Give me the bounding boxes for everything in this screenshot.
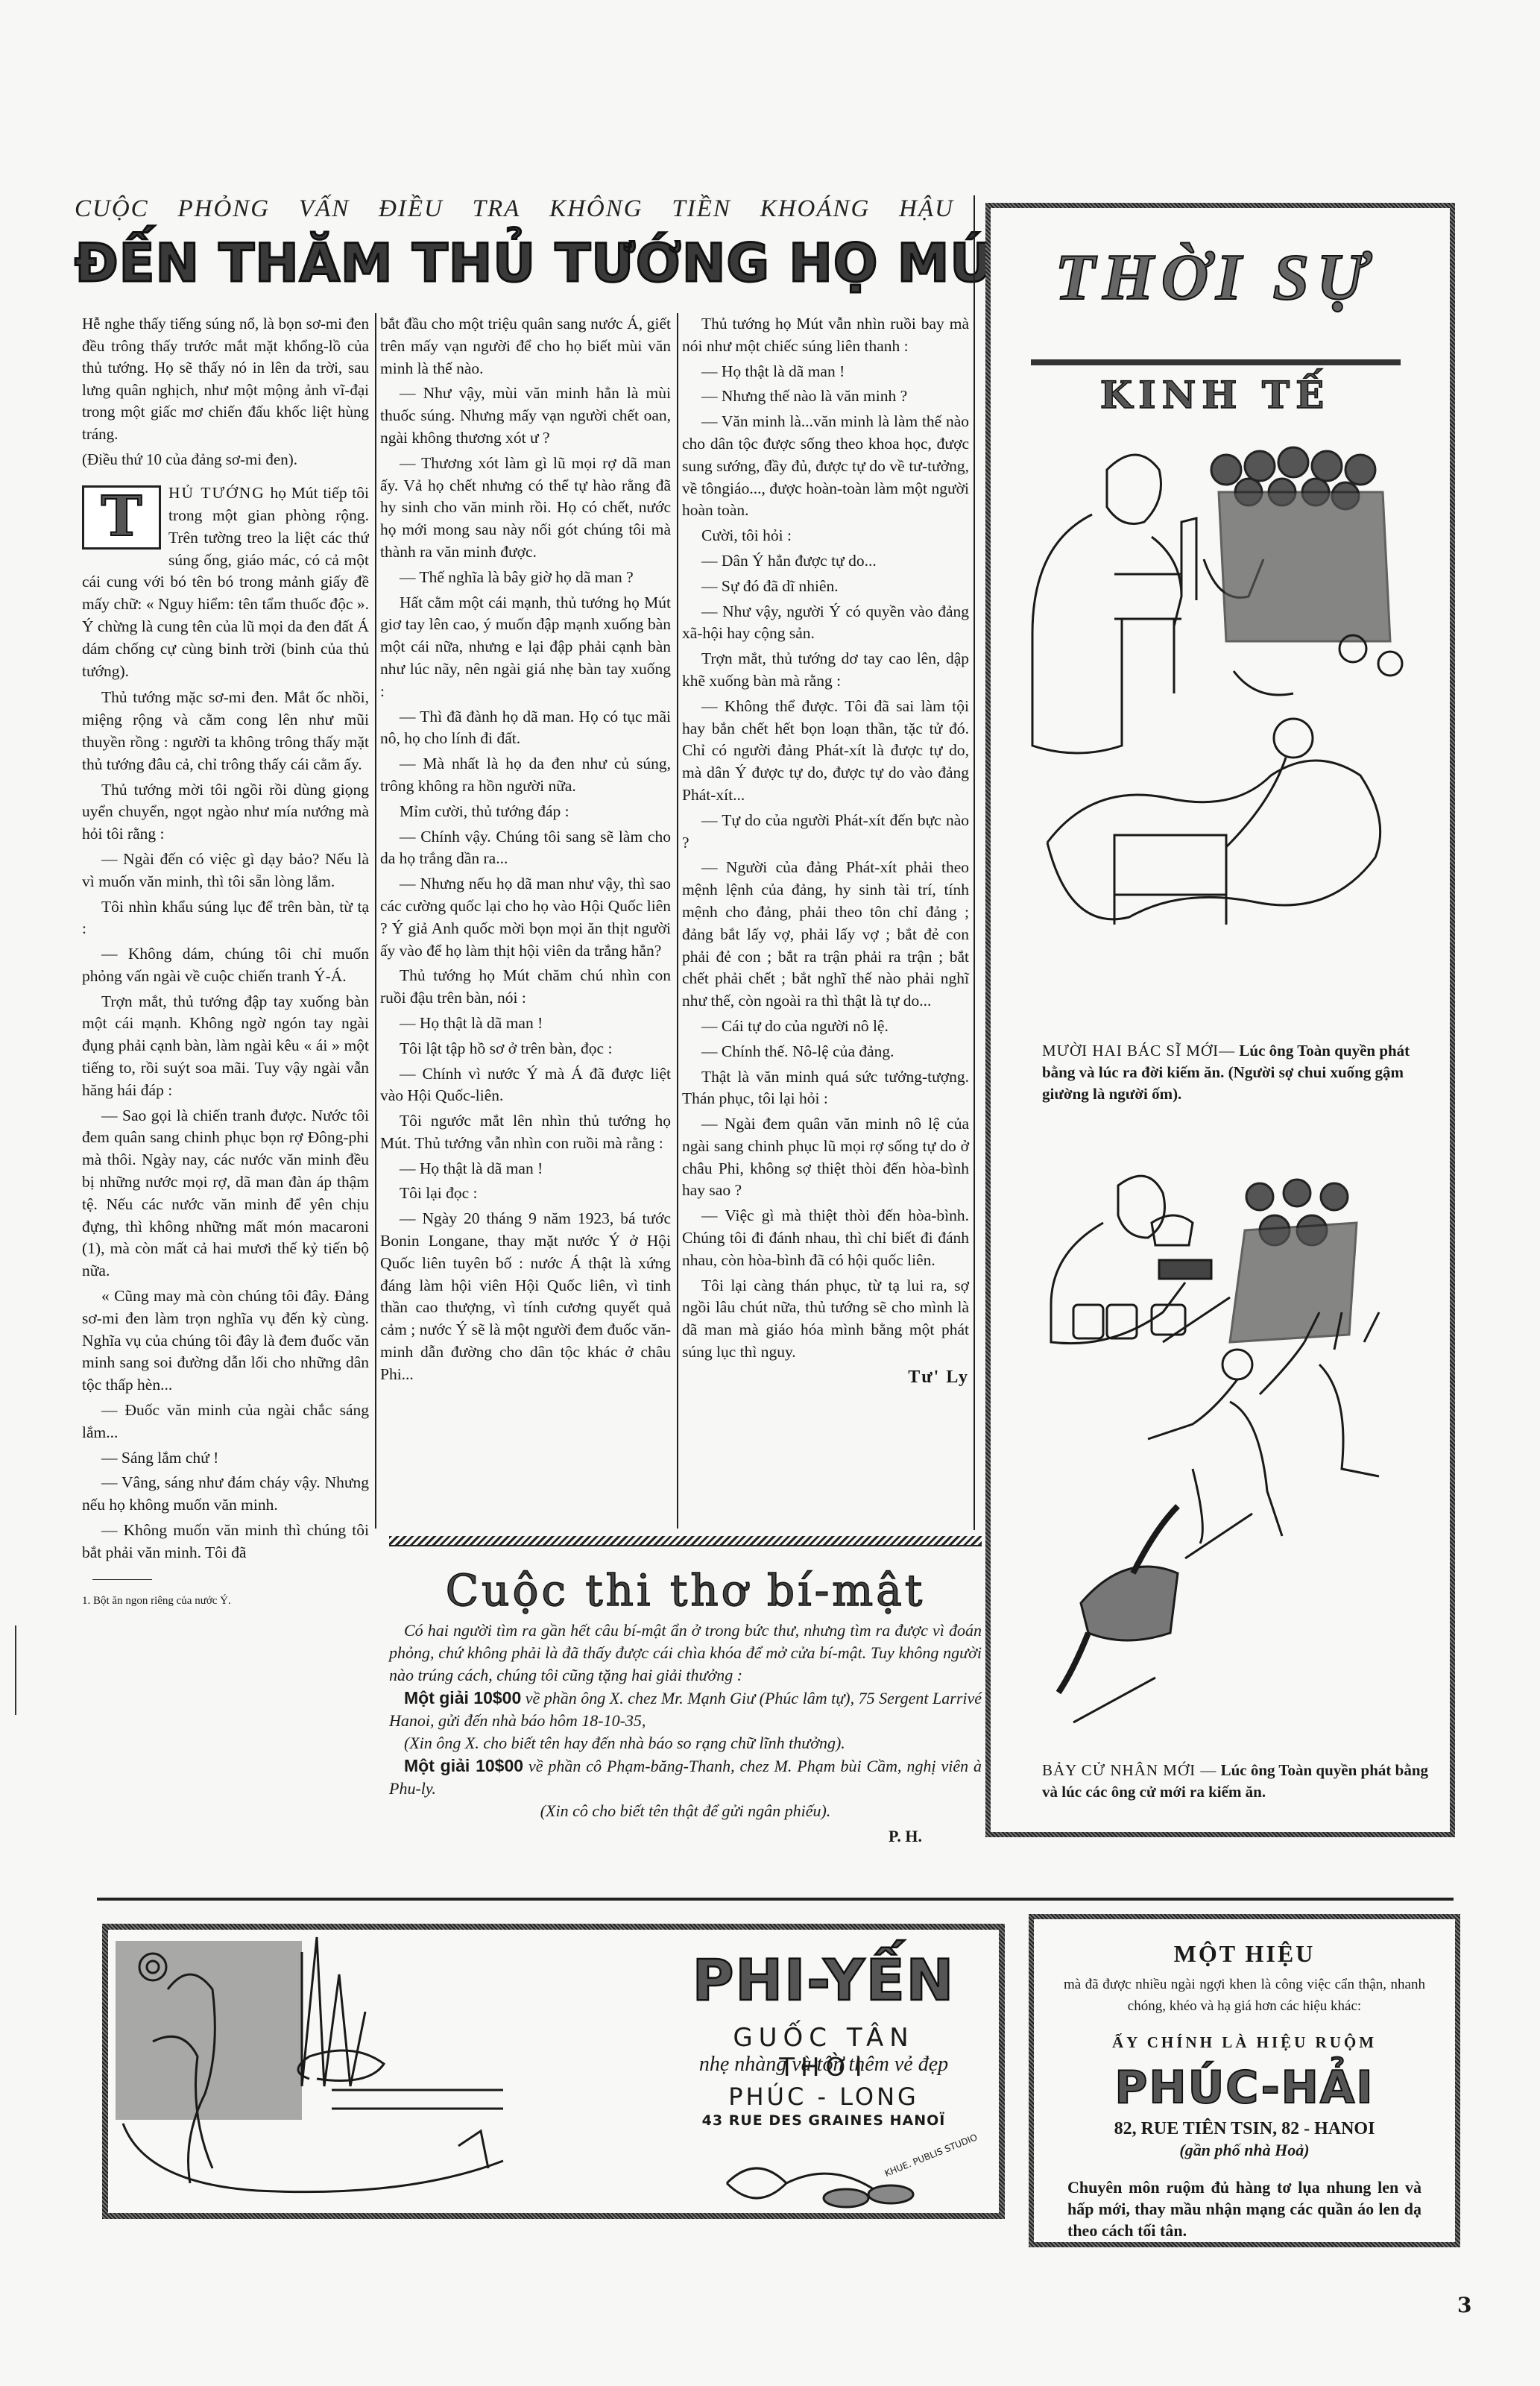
cartoon-doctors-icon [1003, 425, 1435, 1022]
article-column-3: Thủ tướng họ Mút vẫn nhìn ruồi bay mà nó… [682, 313, 969, 1392]
page-number: 3 [1457, 2293, 1471, 2317]
footnote-divider [92, 1579, 152, 1580]
paragraph: Thủ tướng mời tôi ngồi rồi dùng giọng uy… [82, 779, 369, 846]
footnote: 1. Bột ăn ngon riêng của nước Ý. [82, 1590, 369, 1613]
kicker-word: VẤN [299, 195, 350, 223]
article-column-2: bắt đầu cho một triệu quân sang nước Á, … [380, 313, 671, 1389]
ad-phuc-hai-heading: MỘT HIỆU [1034, 1940, 1455, 1968]
paragraph: — Không thể được. Tôi đã sai làm tội hay… [682, 696, 969, 807]
lead-paragraph: T HỦ TƯỚNG họ Mút tiếp tôi trong một gia… [82, 482, 369, 682]
cartoon-graduates [1006, 1156, 1439, 1745]
paragraph: — Thế nghĩa là bây giờ họ dã man ? [380, 567, 671, 589]
paragraph: — Không dám, chúng tôi chỉ muốn phỏng vấ… [82, 943, 369, 988]
ad-phi-yen-illustration-icon [108, 1930, 675, 2202]
caption-doctors: MƯỜI HAI BÁC SĨ MỚI— Lúc ông Toàn quyền … [1042, 1040, 1430, 1105]
paragraph: — Như vậy, người Ý có quyền vào đảng xã-… [682, 601, 969, 646]
paragraph: — Sự đó đã dĩ nhiên. [682, 576, 969, 598]
zigzag-divider [389, 1536, 982, 1546]
kicker-word: CUỘC [75, 195, 149, 223]
prize-1-note: (Xin ông X. cho biết tên hay đến nhà báo… [389, 1732, 982, 1754]
paragraph: — Cái tự do của người nô lệ. [682, 1016, 969, 1038]
kicker-word: PHỎNG [177, 195, 270, 223]
column-divider [973, 195, 975, 1530]
article-signature: Tư' Ly [682, 1367, 969, 1389]
paragraph: — Chính vì nước Ý mà Á đã được liệt vào … [380, 1063, 671, 1108]
article-headline: ĐẾN THĂM THỦ TƯỚNG HỌ MÚT [75, 237, 954, 289]
swallow-flower-icon [697, 2153, 980, 2213]
paragraph: — Nhưng thế nào là văn minh ? [682, 385, 969, 408]
kicker-word: KHOÁNG [760, 195, 871, 223]
section-divider [97, 1898, 1454, 1901]
kicker-word: ĐIỀU [379, 195, 444, 223]
paragraph: Trợn mắt, thủ tướng đập tay xuống bàn mộ… [82, 991, 369, 1102]
ad-phi-yen-address: 43 RUE DES GRAINES HANOÏ [689, 2112, 958, 2129]
paragraph: — Người của đảng Phát-xít phải theo mệnh… [682, 857, 969, 1013]
kicker-word: HẬU [899, 195, 954, 223]
paragraph: — Chính vậy. Chúng tôi sang sẽ làm cho d… [380, 826, 671, 871]
prize-2-note: (Xin cô cho biết tên thật để gửi ngân ph… [389, 1800, 982, 1822]
paragraph: Cười, tôi hỏi : [682, 525, 969, 547]
paragraph: — Việc gì mà thiệt thòi đến hòa-bình. Ch… [682, 1205, 969, 1271]
epigraph: Hễ nghe thấy tiếng súng nổ, là bọn sơ-mi… [82, 313, 369, 446]
paragraph: — Như vậy, mùi văn minh hẳn là mùi thuốc… [380, 383, 671, 449]
paragraph: — Ngài đem quân văn minh nô lệ của ngài … [682, 1113, 969, 1202]
paragraph: Tôi nhìn khẩu súng lục để trên bàn, từ t… [82, 896, 369, 941]
paragraph: — Đuốc văn minh của ngài chắc sáng lắm..… [82, 1400, 369, 1444]
paragraph: — Sáng lắm chứ ! [82, 1447, 369, 1470]
column-divider [375, 313, 376, 1529]
paragraph: Thủ tướng mặc sơ-mi đen. Mắt ốc nhồi, mi… [82, 687, 369, 775]
article-kicker: CUỘC PHỎNG VẤN ĐIỀU TRA KHÔNG TIỀN KHOÁN… [75, 195, 954, 223]
ad-phi-yen-brand: PHI-YẾN [675, 1952, 973, 2009]
ad-phuc-hai-tagline: ẤY CHÍNH LÀ HIỆU RUỘM [1034, 2033, 1455, 2052]
paragraph: bắt đầu cho một triệu quân sang nước Á, … [380, 313, 671, 380]
kicker-word: TRA [473, 195, 521, 223]
ad-phuc-hai-brand: PHÚC-HẢI [1034, 2065, 1455, 2110]
paragraph: — Văn minh là...văn minh là làm thế nào … [682, 411, 969, 522]
kicker-word: KHÔNG [549, 195, 643, 223]
paragraph: — Tự do của người Phát-xít đến bực nào ? [682, 810, 969, 854]
paragraph: Thật là văn minh quá sức tưởng-tượng. Th… [682, 1066, 969, 1111]
paragraph: Mỉm cười, thủ tướng đáp : [380, 801, 671, 823]
margin-mark [15, 1625, 16, 1715]
paragraph: Hất cằm một cái mạnh, thủ tướng họ Mút g… [380, 592, 671, 703]
paragraph: — Dân Ý hẳn được tự do... [682, 550, 969, 573]
paragraph: — Họ thật là dã man ! [682, 361, 969, 383]
paragraph: Trợn mắt, thủ tướng dơ tay cao lên, dập … [682, 648, 969, 693]
paragraph: « Cũng may mà còn chúng tôi đây. Đảng sơ… [82, 1285, 369, 1397]
contest-signature: P. H. [389, 1825, 922, 1848]
paragraph: — Không muốn văn minh thì chúng tôi bắt … [82, 1520, 369, 1564]
paragraph: Tôi ngước mắt lên nhìn thủ tướng họ Mút.… [380, 1110, 671, 1155]
paragraph: Thủ tướng họ Mút chăm chú nhìn con ruồi … [380, 965, 671, 1010]
title-rule [1031, 359, 1401, 365]
ad-phuc-hai-intro: mà đã được nhiều ngài ngợi khen là công … [1064, 1974, 1425, 2017]
paragraph: Tôi lại đọc : [380, 1183, 671, 1205]
ad-phi-yen-shop: PHÚC - LONG [689, 2083, 958, 2111]
ad-phuc-hai-specialty: Chuyên môn ruộm đủ hàng tơ lụa nhung len… [1067, 2176, 1421, 2241]
poetry-contest: Cuộc thi thơ bí-mật Có hai người tìm ra … [389, 1552, 982, 1848]
prize-1-label: Một giải 10$00 [404, 1688, 521, 1707]
ad-phi-yen-slogan: nhẹ nhàng và tôn thêm vẻ đẹp [675, 2053, 973, 2077]
paragraph: — Nhưng nếu họ dã man như vậy, thì sao c… [380, 873, 671, 962]
paragraph: — Họ thật là dã man ! [380, 1158, 671, 1180]
dropcap-letter: T [82, 485, 161, 550]
paragraph: — Sao gọi là chiến tranh được. Nước tôi … [82, 1105, 369, 1282]
ad-phi-yen: PHI-YẾN GUỐC TÂN THỜI nhẹ nhàng và tôn t… [102, 1924, 1005, 2219]
paragraph: — Ngài đến có việc gì dạy bảo? Nếu là vì… [82, 849, 369, 893]
ad-phuc-hai-address: 82, RUE TIÊN TSIN, 82 - HANOI [1034, 2119, 1455, 2139]
cartoon-graduates-icon [1006, 1156, 1439, 1745]
prize-2: Một giải 10$00 về phần cô Phạm-băng-Than… [389, 1754, 982, 1800]
paragraph: — Ngày 20 tháng 9 năm 1923, bá tước Boni… [380, 1208, 671, 1385]
caption-graduates-lead: BẢY CỬ NHÂN MỚI — [1042, 1761, 1216, 1779]
paragraph: — Họ thật là dã man ! [380, 1013, 671, 1035]
paragraph: Tôi lại càng thán phục, từ tạ lui ra, sợ… [682, 1275, 969, 1364]
paragraph: Thủ tướng họ Mút vẫn nhìn ruồi bay mà nó… [682, 313, 969, 358]
paragraph: — Vâng, sáng như đám cháy vậy. Nhưng nếu… [82, 1472, 369, 1517]
cartoon-doctors [1003, 425, 1435, 1022]
lead-smallcaps: HỦ TƯỚNG [168, 484, 265, 502]
paragraph: — Mà nhất là họ da đen như củ súng, trôn… [380, 753, 671, 798]
thoi-su-title: THỜI SỰ [1029, 240, 1401, 315]
paragraph: — Thì đã đành họ dã man. Họ có tục mãi n… [380, 706, 671, 751]
caption-graduates: BẢY CỬ NHÂN MỚI — Lúc ông Toàn quyền phá… [1042, 1760, 1430, 1803]
ad-phuc-hai-landmark: (gần phố nhà Hoả) [1034, 2141, 1455, 2160]
ad-phuc-hai: MỘT HIỆU mà đã được nhiều ngài ngợi khen… [1029, 1914, 1460, 2247]
paragraph: Tôi lật tập hồ sơ ở trên bàn, đọc : [380, 1038, 671, 1060]
column-divider [677, 313, 678, 1529]
paragraph: — Thương xót làm gì lũ mọi rợ dã man ấy.… [380, 453, 671, 564]
prize-1: Một giải 10$00 về phần ông X. chez Mr. M… [389, 1687, 982, 1732]
caption-doctors-lead: MƯỜI HAI BÁC SĨ MỚI— [1042, 1042, 1235, 1060]
contest-title: Cuộc thi thơ bí-mật [389, 1561, 982, 1619]
epigraph-source: (Điều thứ 10 của đảng sơ-mi đen). [82, 449, 369, 471]
paragraph: — Chính thế. Nô-lệ của đảng. [682, 1041, 969, 1063]
kicker-word: TIỀN [672, 195, 731, 223]
article-column-1: Hễ nghe thấy tiếng súng nổ, là bọn sơ-mi… [82, 313, 369, 1615]
prize-2-label: Một giải 10$00 [404, 1756, 523, 1775]
contest-intro: Có hai người tìm ra gần hết câu bí-mật ẩ… [389, 1619, 982, 1687]
kinh-te-subtitle: KINH TẾ [1029, 373, 1401, 417]
